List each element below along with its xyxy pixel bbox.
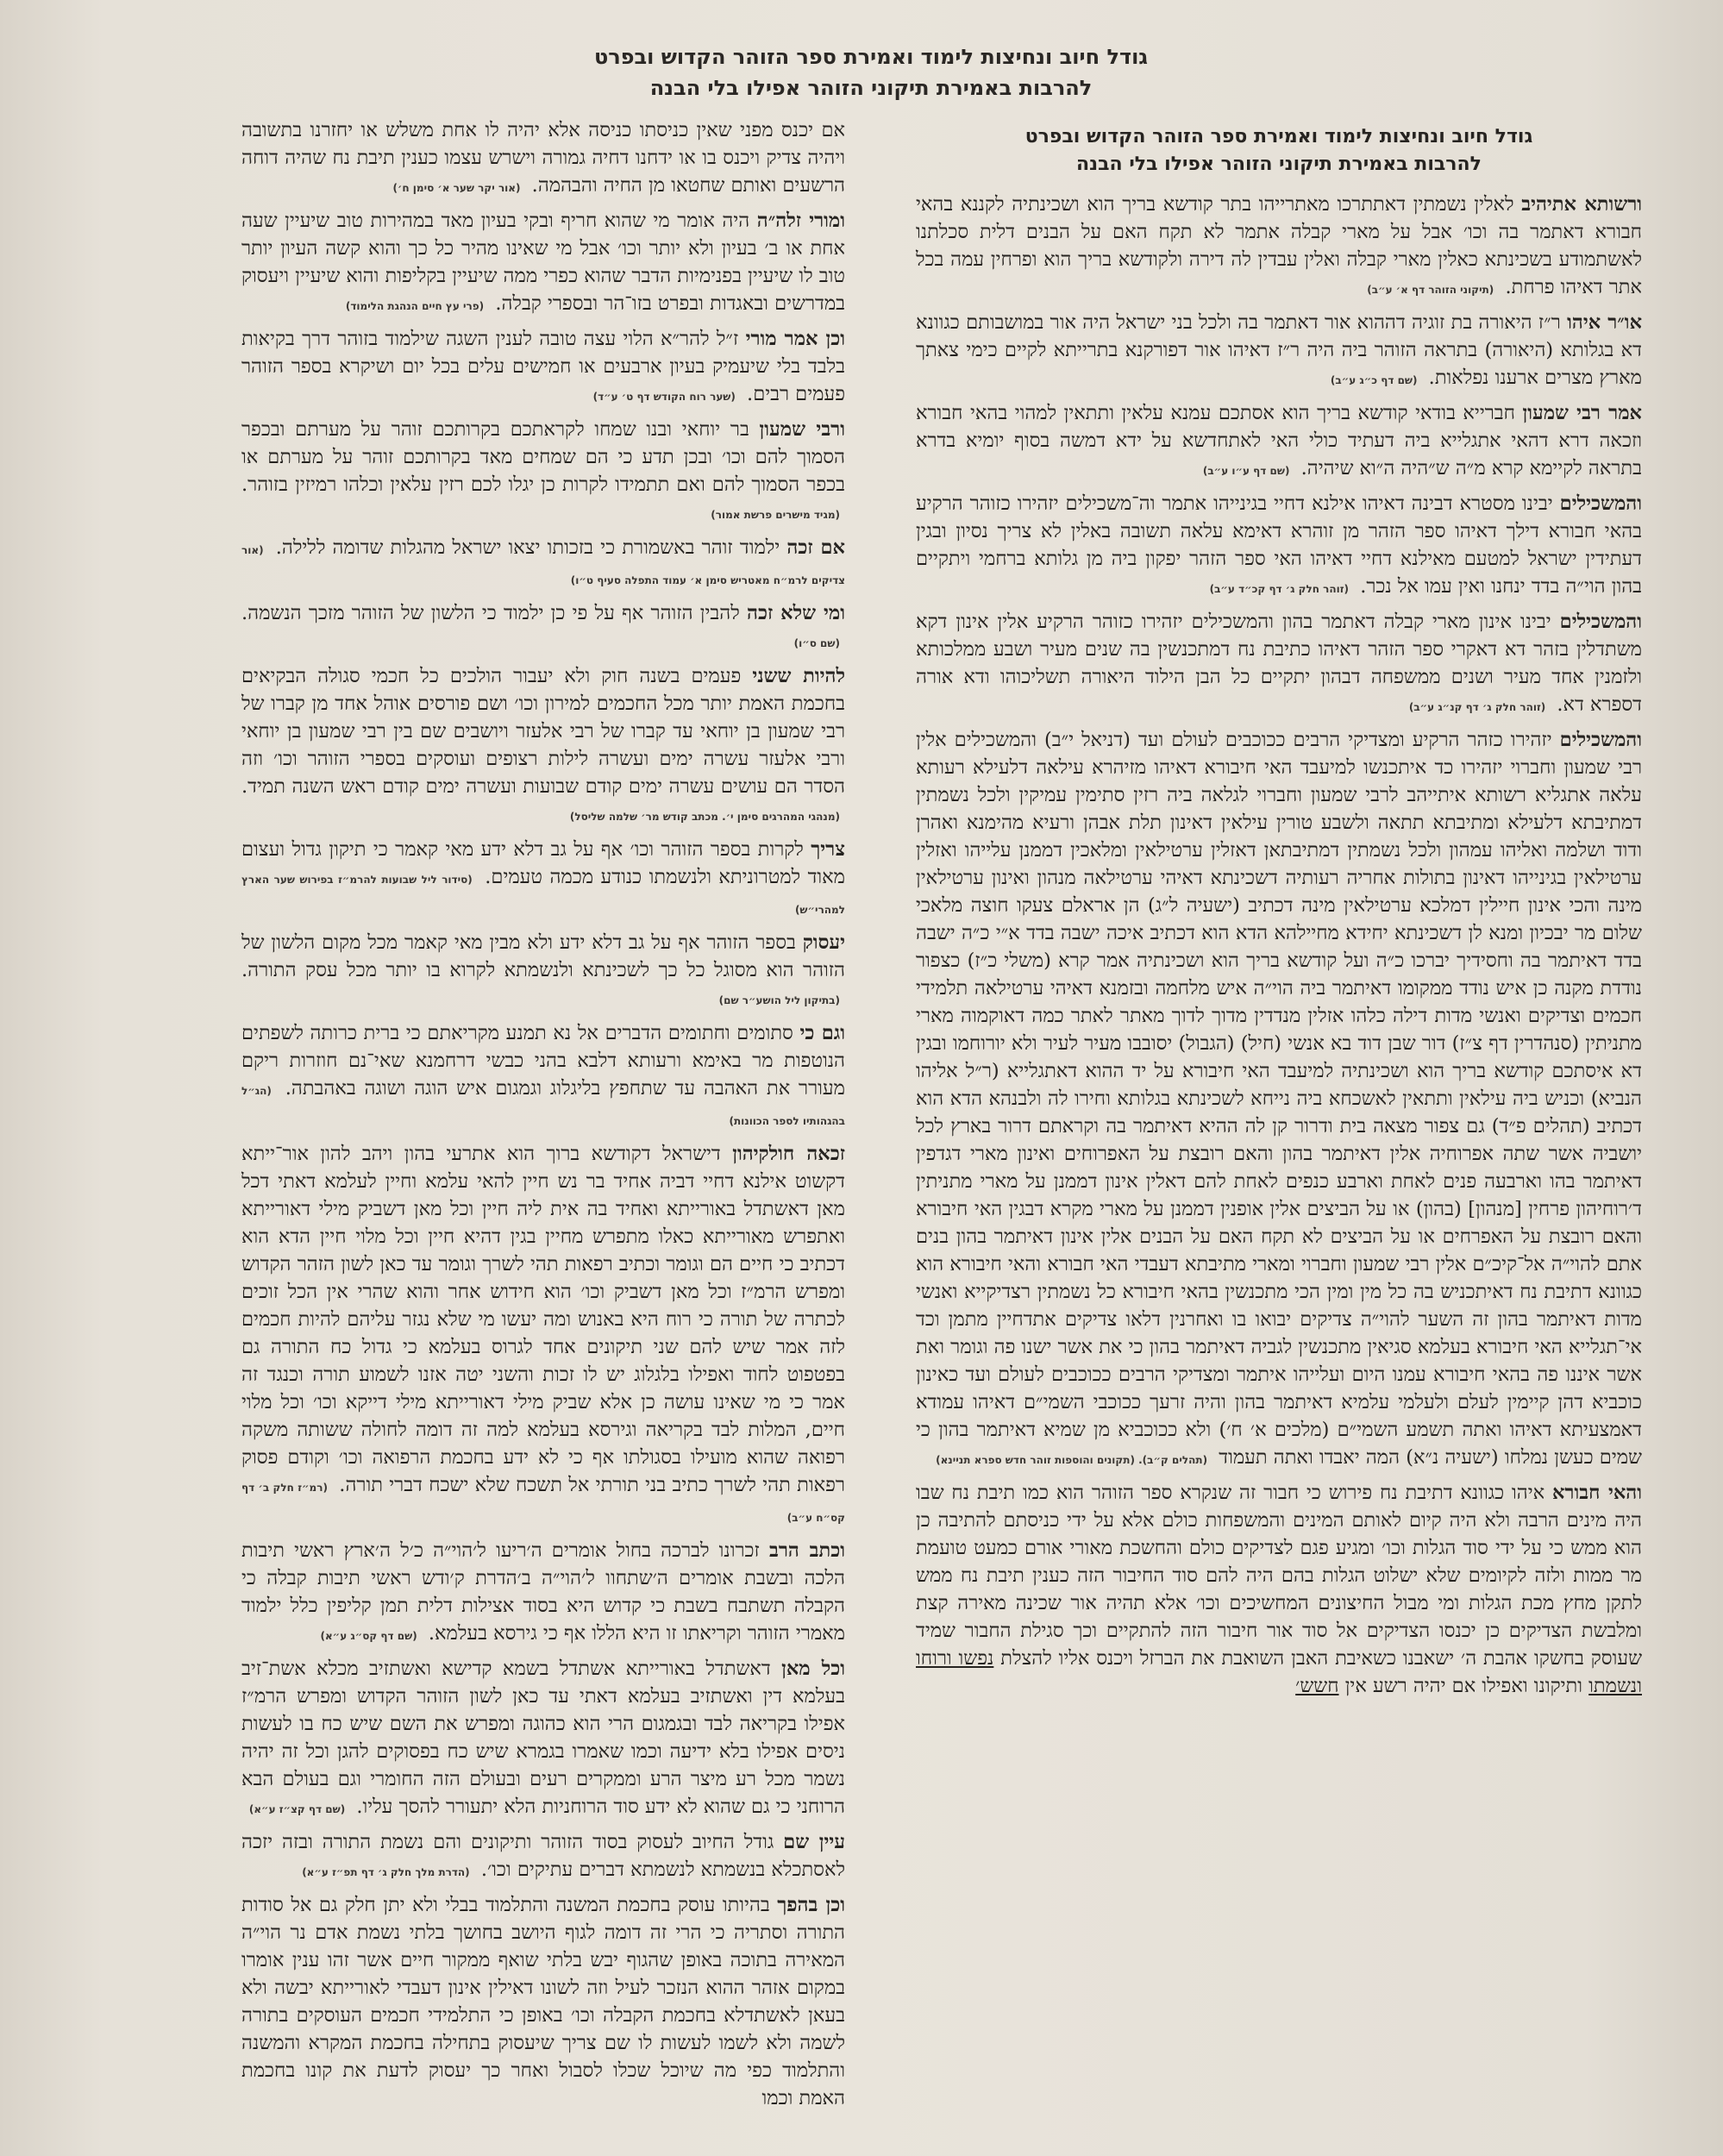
paragraph: וכתב הרב זכרונו לברכה בחול אומרים ה׳ריעו… — [241, 1537, 845, 1650]
source-citation: (שם דף כ״ג ע״ב) — [1331, 374, 1418, 386]
source-citation: (בתיקון ליל הושע״ר שם) — [719, 994, 840, 1006]
source-citation: (זוהר חלק ג׳ דף קכ״ד ע״ב) — [1210, 583, 1349, 595]
paragraph-lead: אם זכה — [786, 536, 845, 559]
paragraph-text: בהיותו עוסק בחכמת המשנה והתלמוד בבלי ולא… — [241, 1894, 845, 2109]
paragraph-text: דישראל דקודשא ברוך הוא אתרעי בהון ויהב ל… — [241, 1143, 845, 1496]
paragraph-text: זכרונו לברכה בחול אומרים ה׳ריעו ל׳הוי״ה … — [241, 1539, 845, 1645]
paragraph-text: ר״ז היאורה בת זוגיה דההוא אור דאתמר בה ו… — [916, 311, 1642, 389]
paragraph: אם זכה ילמוד זוהר באשמורת כי בזכותו יצאו… — [241, 534, 845, 594]
paragraph: או״ר איהו ר״ז היאורה בת זוגיה דההוא אור … — [916, 309, 1642, 394]
paragraph-lead: זכאה חולקיהון — [732, 1143, 845, 1165]
paragraph-lead: עיין שם — [783, 1831, 845, 1853]
page-title-line-1: גודל חיוב ונחיצות לימוד ואמירת ספר הזוהר… — [483, 41, 1259, 72]
page-running-title: גודל חיוב ונחיצות לימוד ואמירת ספר הזוהר… — [483, 41, 1259, 103]
paragraph: יעסוק בספר הזוהר אף על גב דלא ידע ולא מב… — [241, 929, 845, 1014]
source-citation: (תהלים ק״ב). (תקונים והוספות זוהר חדש ספ… — [936, 1454, 1207, 1466]
paragraph-lead: ורבי שמעון — [760, 418, 845, 441]
paragraph-text: ילמוד זוהר באשמורת כי בזכותו יצאו ישראל … — [276, 536, 780, 559]
left-text-column: אם יכנס מפני שאין כניסתו כניסה אלא יהיה … — [241, 116, 845, 2120]
paragraph-lead: ומורי זלה״ה — [757, 210, 845, 232]
paragraph-text: בר יוחאי ובנו שמחו לקראתכם בקרותכם זוהר … — [241, 418, 845, 496]
paragraph-lead: או״ר איהו — [1567, 311, 1642, 334]
section-title-line-2: להרבות באמירת תיקוני הזוהר אפילו בלי הבנ… — [916, 151, 1642, 179]
source-citation: (הדרת מלך חלק ג׳ דף תפ״ז ע״א) — [302, 1866, 469, 1878]
paragraph-lead: והמשכילים — [1560, 611, 1642, 633]
source-citation: (אור יקר שער א׳ סימן ח׳) — [393, 182, 521, 194]
source-citation: (שם ס״ו) — [794, 637, 840, 649]
paragraph-lead: וכן בהפך — [777, 1894, 845, 1916]
underlined-phrase-end: חשש׳ — [1295, 1675, 1338, 1697]
paragraph: וגם כי סתומים וחתומים הדברים אל נא תמנע … — [241, 1019, 845, 1135]
paragraph-lead: ורשותא אתיהיב — [1521, 193, 1642, 216]
source-citation: (שער רוח הקודש דף ט׳ ע״ד) — [593, 391, 736, 403]
paragraph-lead: יעסוק — [803, 931, 845, 954]
paragraph-lead: וגם כי — [800, 1022, 845, 1044]
paragraph: וכן אמר מורי ז״ל להר״א הלוי עצה טובה לענ… — [241, 325, 845, 411]
paragraph: והמשכילים יבינו אינון מארי קבלה דאתמר בה… — [916, 608, 1642, 721]
source-citation: (שם דף קצ״ז ע״א) — [249, 1803, 345, 1815]
paragraph-lead: וכל מאן — [781, 1658, 845, 1680]
paragraph-lead: והאי חבורא — [1552, 1482, 1642, 1504]
paragraph: והמשכילים יבינו מסטרא דבינה דאיהו אילנא … — [916, 490, 1642, 603]
paragraph: צריך לקרות בספר הזוהר וכו׳ אף על גב דלא … — [241, 836, 845, 924]
paragraph: וכן בהפך בהיותו עוסק בחכמת המשנה והתלמוד… — [241, 1891, 845, 2115]
paragraph-text: איהו כגוונא דתיבת נח פירוש כי חבור זה שנ… — [916, 1482, 1642, 1670]
paragraph-lead: וכן אמר מורי — [746, 328, 845, 350]
section-title-line-1: גודל חיוב ונחיצות לימוד ואמירת ספר הזוהר… — [916, 123, 1642, 151]
paragraph: להיות ששני פעמים בשנה חוק ולא יעבור הולכ… — [241, 662, 845, 830]
source-citation: (מנהגי המהרגים סימן י׳. מכתב קודש מר׳ של… — [570, 811, 840, 823]
paragraph-text: יזהירו כזהר הרקיע ומצדיקי הרבים ככוכבים … — [916, 729, 1642, 1469]
source-citation: (שם דף קס״ג ע״א) — [320, 1630, 417, 1642]
paragraph-text: סתומים וחתומים הדברים אל נא תמנע מקריאתם… — [241, 1022, 845, 1100]
paragraph: ומורי זלה״ה היה אומר מי שהוא חריף ובקי ב… — [241, 207, 845, 320]
paragraph: וכל מאן דאשתדל באורייתא אשתדל בשמא קדישא… — [241, 1655, 845, 1823]
paragraph: עיין שם גודל החיוב לעסוק בסוד הזוהר ותיק… — [241, 1828, 845, 1886]
paragraph: אם יכנס מפני שאין כניסתו כניסה אלא יהיה … — [241, 116, 845, 202]
paragraph: והאי חבורא איהו כגוונא דתיבת נח פירוש כי… — [916, 1479, 1642, 1700]
paragraph: ורשותא אתיהיב לאלין נשמתין דאתתרכו מאתרי… — [916, 191, 1642, 304]
paragraph-text: דאשתדל באורייתא אשתדל בשמא קדישא ואשתזיב… — [241, 1658, 845, 1818]
right-text-column: גודל חיוב ונחיצות לימוד ואמירת ספר הזוהר… — [916, 116, 1642, 1705]
source-citation: (מגיד מישרים פרשת אמור) — [711, 509, 840, 521]
paragraph-text: בספר הזוהר אף על גב דלא ידע ולא מבין מאי… — [241, 931, 845, 981]
paragraph-text-continued: ותיקונו ואפילו אם יהיה רשע אין — [1345, 1675, 1582, 1697]
section-title: גודל חיוב ונחיצות לימוד ואמירת ספר הזוהר… — [916, 123, 1642, 179]
paragraph-text: להבין הזוהר אף על פי כן ילמוד כי הלשון ש… — [241, 602, 740, 624]
paragraph-lead: והמשכילים — [1560, 729, 1642, 751]
paragraph: ומי שלא זכה להבין הזוהר אף על פי כן ילמו… — [241, 599, 845, 657]
paragraph-text: היה אומר מי שהוא חריף ובקי בעיון מאד במה… — [241, 210, 845, 315]
paragraph-lead: וכתב הרב — [769, 1539, 845, 1562]
paragraph-lead: ומי שלא זכה — [747, 602, 845, 624]
paragraph-lead: אמר רבי שמעון — [1522, 402, 1642, 424]
page-title-line-2: להרבות באמירת תיקוני הזוהר אפילו בלי הבנ… — [483, 72, 1259, 103]
paragraph-lead: והמשכילים — [1560, 492, 1642, 515]
paragraph-text: יבינו אינון מארי קבלה דאתמר בהון והמשכיל… — [916, 611, 1642, 716]
paragraph-text: יבינו מסטרא דבינה דאיהו אילנא דחיי בגיני… — [916, 492, 1642, 598]
paragraph: והמשכילים יזהירו כזהר הרקיע ומצדיקי הרבי… — [916, 726, 1642, 1474]
source-citation: (זוהר חלק ג׳ דף קנ״ג ע״ב) — [1409, 701, 1545, 713]
paragraph-lead: צריך — [811, 838, 845, 861]
paragraph: אמר רבי שמעון חברייא בודאי קודשא בריך הו… — [916, 399, 1642, 485]
paragraph-lead: להיות ששני — [752, 665, 845, 687]
source-citation: (שם דף ע״ו ע״ב) — [1203, 465, 1290, 477]
paragraph: ורבי שמעון בר יוחאי ובנו שמחו לקראתכם בק… — [241, 416, 845, 529]
paragraph: זכאה חולקיהון דישראל דקודשא ברוך הוא אתר… — [241, 1140, 845, 1532]
source-citation: (פרי עץ חיים הנהגת הלימוד) — [346, 300, 484, 312]
source-citation: (תיקוני הזוהר דף א׳ ע״ב) — [1367, 284, 1494, 296]
paragraph-text: אם יכנס מפני שאין כניסתו כניסה אלא יהיה … — [241, 119, 845, 197]
